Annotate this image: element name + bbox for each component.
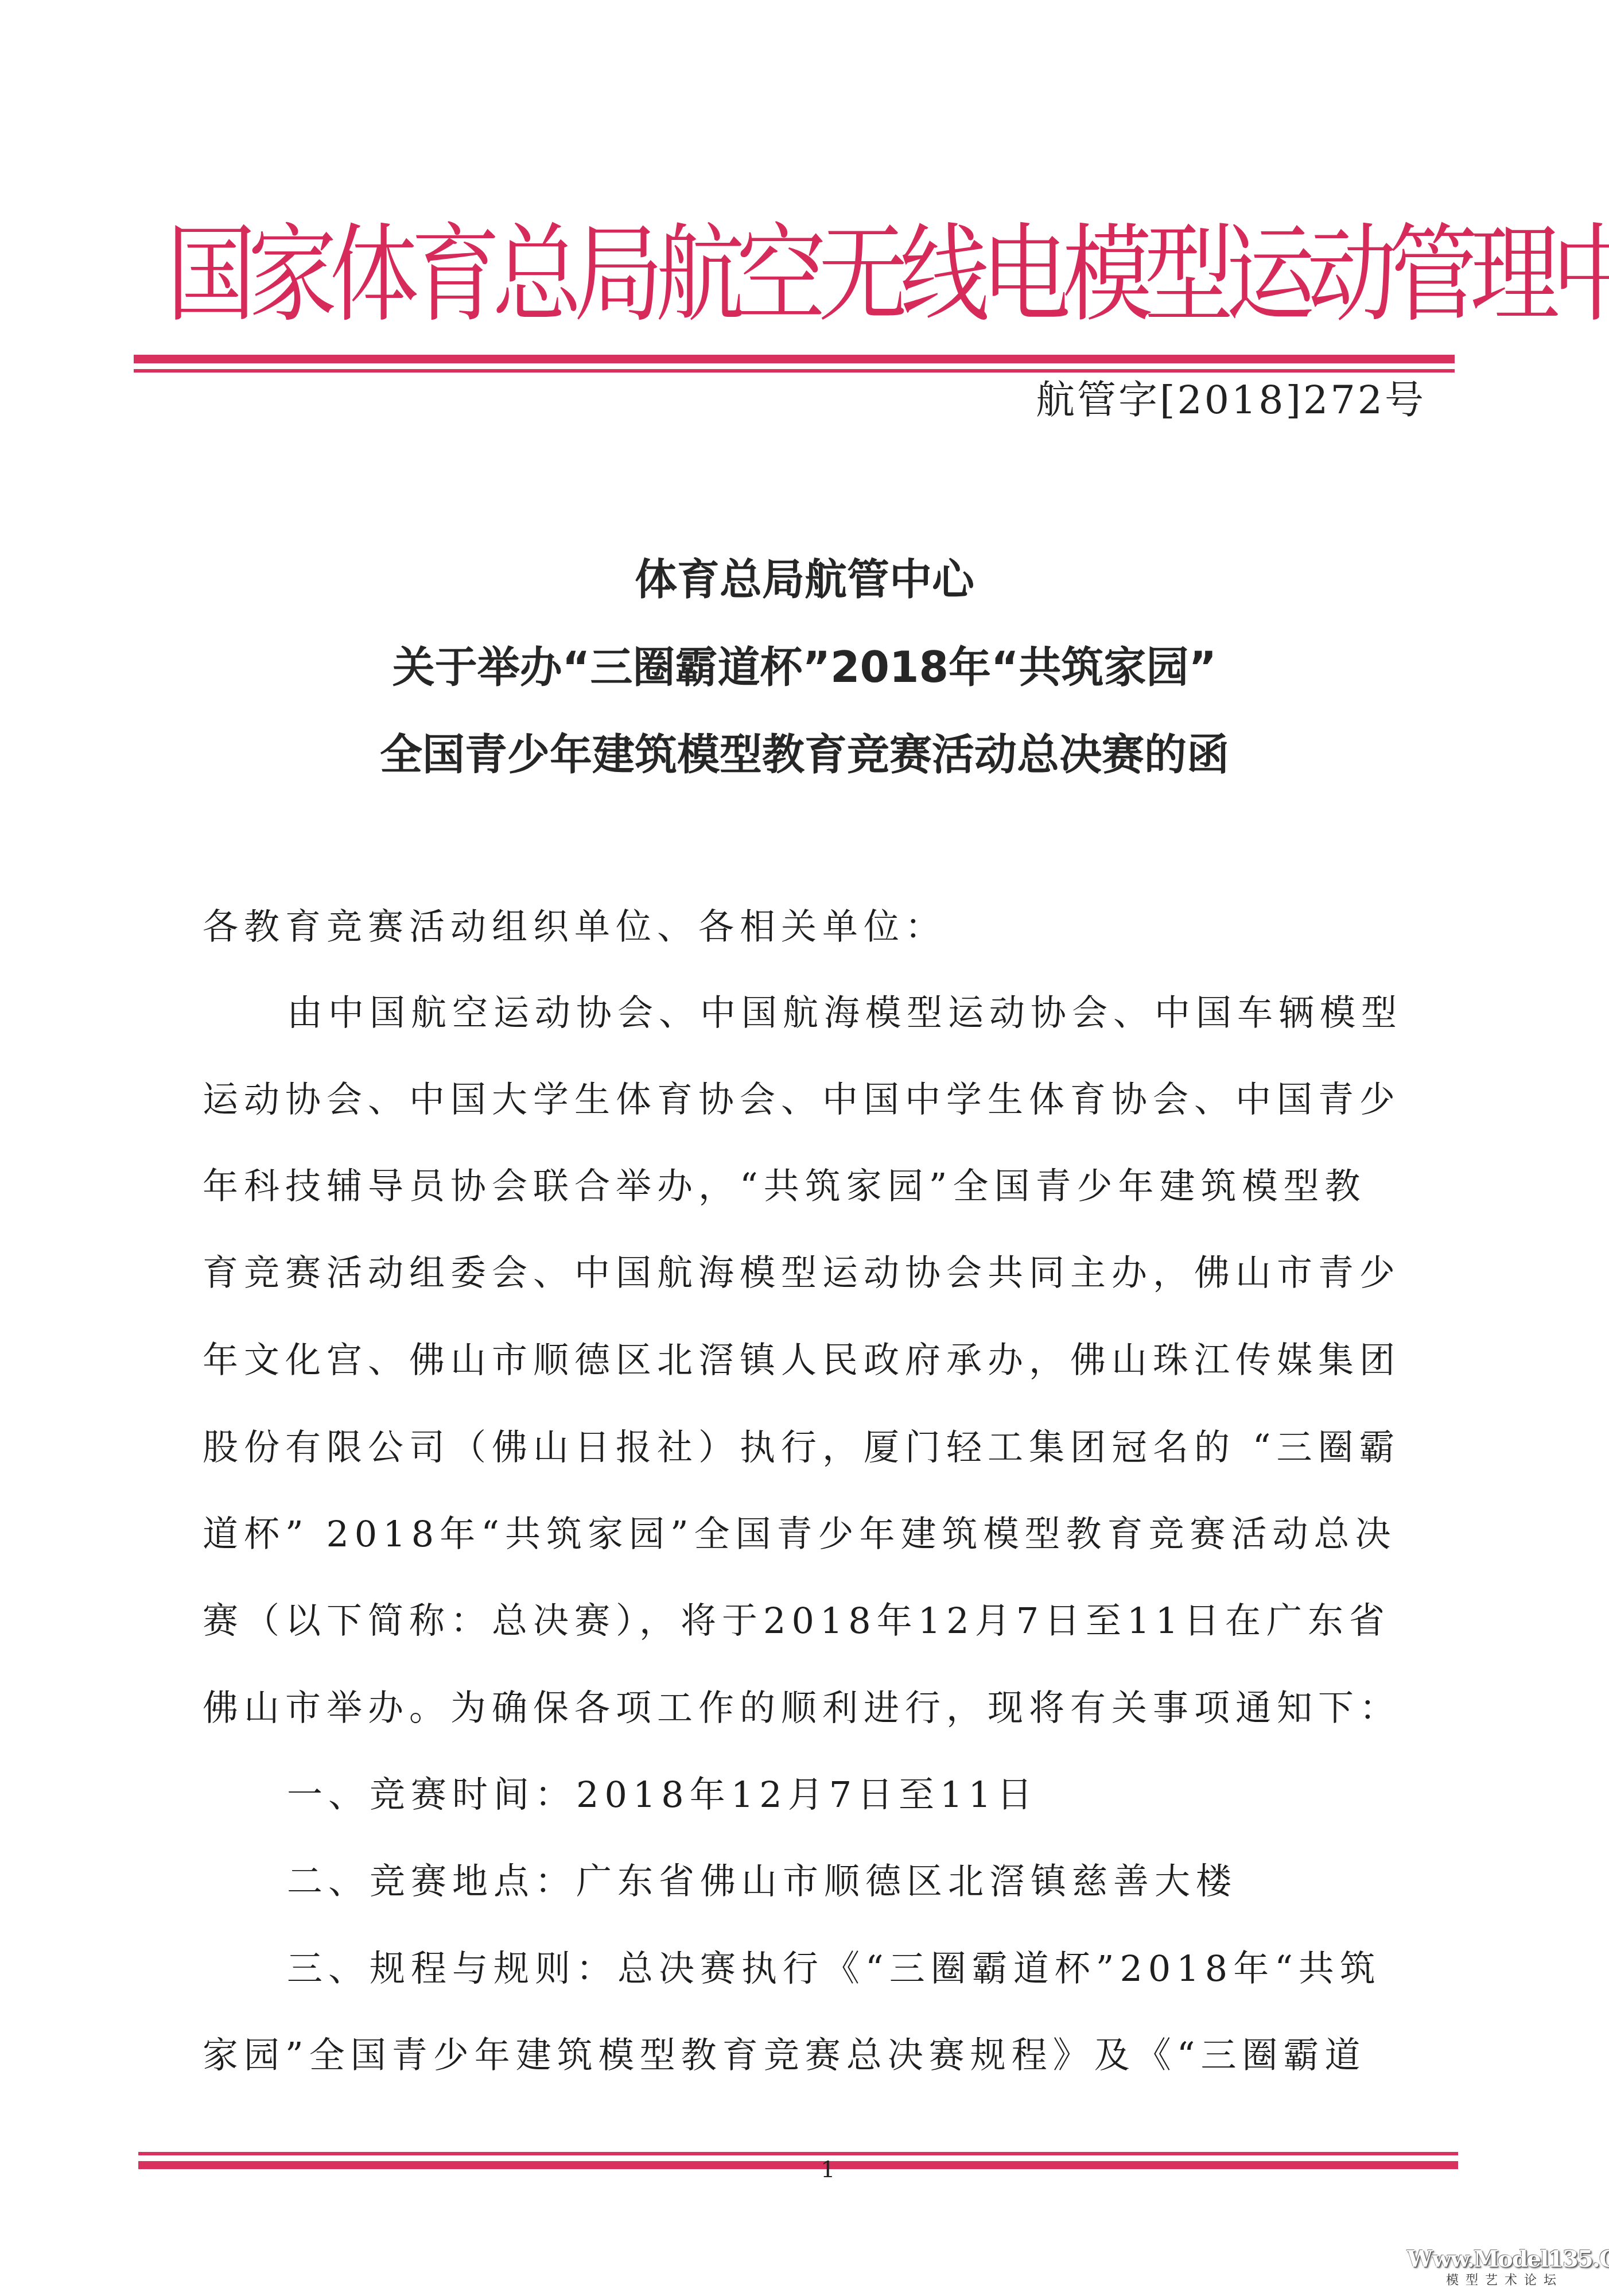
document-title-line-2: 关于举办“三圈霸道杯”2018年“共筑家园” xyxy=(0,636,1609,699)
document-number: 航管字[2018]272号 xyxy=(1036,372,1426,429)
body-line: 年科技辅导员协会联合举办，“共筑家园”全国青少年建筑模型教 xyxy=(203,1158,1366,1215)
watermark-name: 模型艺术论坛 xyxy=(1407,2272,1602,2289)
watermark: Www.Model135.Com 模型艺术论坛 xyxy=(1407,2247,1602,2289)
salutation: 各教育竞赛活动组织单位、各相关单位： xyxy=(203,898,946,956)
body-line: 佛山市举办。为确保各项工作的顺利进行，现将有关事项通知下： xyxy=(203,1680,1401,1737)
letterhead-organization: 国家体育总局航空无线电模型运动管理中心 xyxy=(166,207,1429,342)
letterhead-rule-thick xyxy=(134,355,1455,363)
body-line: 股份有限公司（佛山日报社）执行，厦门轻工集团冠名的 “三圈霸 xyxy=(203,1419,1400,1476)
section-rules: 三、规程与规则：总决赛执行《“三圈霸道杯”2018年“共筑 xyxy=(287,1940,1381,1998)
body-line: 育竞赛活动组委会、中国航海模型运动协会共同主办，佛山市青少 xyxy=(203,1244,1401,1302)
body-line: 道杯” 2018年“共筑家园”全国青少年建筑模型教育竞赛活动总决 xyxy=(203,1506,1397,1563)
footer-rule-thin xyxy=(138,2152,1458,2155)
body-line: 家园”全国青少年建筑模型教育竞赛总决赛规程》及《“三圈霸道 xyxy=(203,2027,1366,2084)
document-title-line-1: 体育总局航管中心 xyxy=(0,548,1609,611)
page-number: 1 xyxy=(821,2155,835,2184)
document-title-line-3: 全国青少年建筑模型教育竞赛活动总决赛的函 xyxy=(0,723,1609,786)
section-competition-time: 一、竞赛时间：2018年12月7日至11日 xyxy=(287,1766,1038,1824)
watermark-url: Www.Model135.Com xyxy=(1407,2247,1602,2272)
body-line: 由中国航空运动协会、中国航海模型运动协会、中国车辆模型 xyxy=(287,984,1402,1042)
section-competition-venue: 二、竞赛地点：广东省佛山市顺德区北滘镇慈善大楼 xyxy=(287,1853,1237,1910)
footer-rule-thick xyxy=(138,2161,1458,2169)
body-line: 年文化宫、佛山市顺德区北滘镇人民政府承办，佛山珠江传媒集团 xyxy=(203,1332,1401,1389)
body-line: 赛（以下简称：总决赛），将于2018年12月7日至11日在广东省 xyxy=(203,1592,1390,1650)
body-line: 运动协会、中国大学生体育协会、中国中学生体育协会、中国青少 xyxy=(203,1071,1401,1128)
